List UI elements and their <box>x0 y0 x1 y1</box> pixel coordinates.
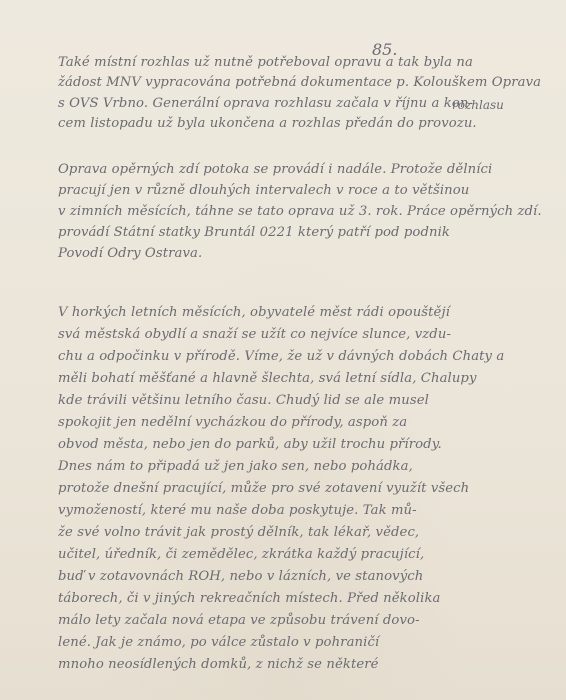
margin-note: rozhlasu <box>452 98 504 112</box>
text-line: buď v zotavovnách ROH, nebo v lázních, v… <box>58 569 423 584</box>
text-line: V horkých letních měsících, obyvatelé mě… <box>58 305 450 320</box>
text-line: cem listopadu už byla ukončena a rozhlas… <box>58 116 477 131</box>
text-line: málo lety začala nová etapa ve způsobu t… <box>58 613 420 628</box>
text-line: Dnes nám to připadá už jen jako sen, neb… <box>58 459 413 474</box>
text-line: kde trávili většinu letního času. Chudý … <box>58 393 429 408</box>
text-line: že své volno trávit jak prostý dělník, t… <box>58 525 419 540</box>
text-line: chu a odpočinku v přírodě. Víme, že už v… <box>58 349 504 364</box>
handwritten-chronicle-page: 85. Také místní rozhlas už nutně potřebo… <box>0 0 566 700</box>
text-line: pracují jen v různě dlouhých intervalech… <box>58 183 469 198</box>
text-line: Povodí Odry Ostrava. <box>58 246 202 261</box>
text-line: žádost MNV vypracována potřebná dokument… <box>58 75 541 90</box>
text-line: lené. Jak je známo, po válce zůstalo v p… <box>58 635 379 650</box>
text-line: v zimních měsících, táhne se tato oprava… <box>58 204 542 219</box>
text-line: protože dnešní pracující, může pro své z… <box>58 481 469 496</box>
text-line: obvod města, nebo jen do parků, aby užil… <box>58 437 442 452</box>
text-line: svá městská obydlí a snaží se užít co ne… <box>58 327 451 342</box>
text-line: táborech, či v jiných rekreačních místec… <box>58 591 441 606</box>
text-line: měli bohatí měšťané a hlavně šlechta, sv… <box>58 371 477 386</box>
text-line: s OVS Vrbno. Generální oprava rozhlasu z… <box>58 96 473 111</box>
text-line: učitel, úředník, či zemědělec, zkrátka k… <box>58 547 424 562</box>
text-line: mnoho neosídlených domků, z nichž se něk… <box>58 657 379 672</box>
text-line: spokojit jen nedělní vycházkou do přírod… <box>58 415 407 430</box>
text-line: vymožeností, které mu naše doba poskytuj… <box>58 503 417 518</box>
text-line: Oprava opěrných zdí potoka se provádí i … <box>58 162 492 177</box>
text-line: provádí Státní statky Bruntál 0221 který… <box>58 225 450 240</box>
text-line: Také místní rozhlas už nutně potřeboval … <box>58 55 473 70</box>
